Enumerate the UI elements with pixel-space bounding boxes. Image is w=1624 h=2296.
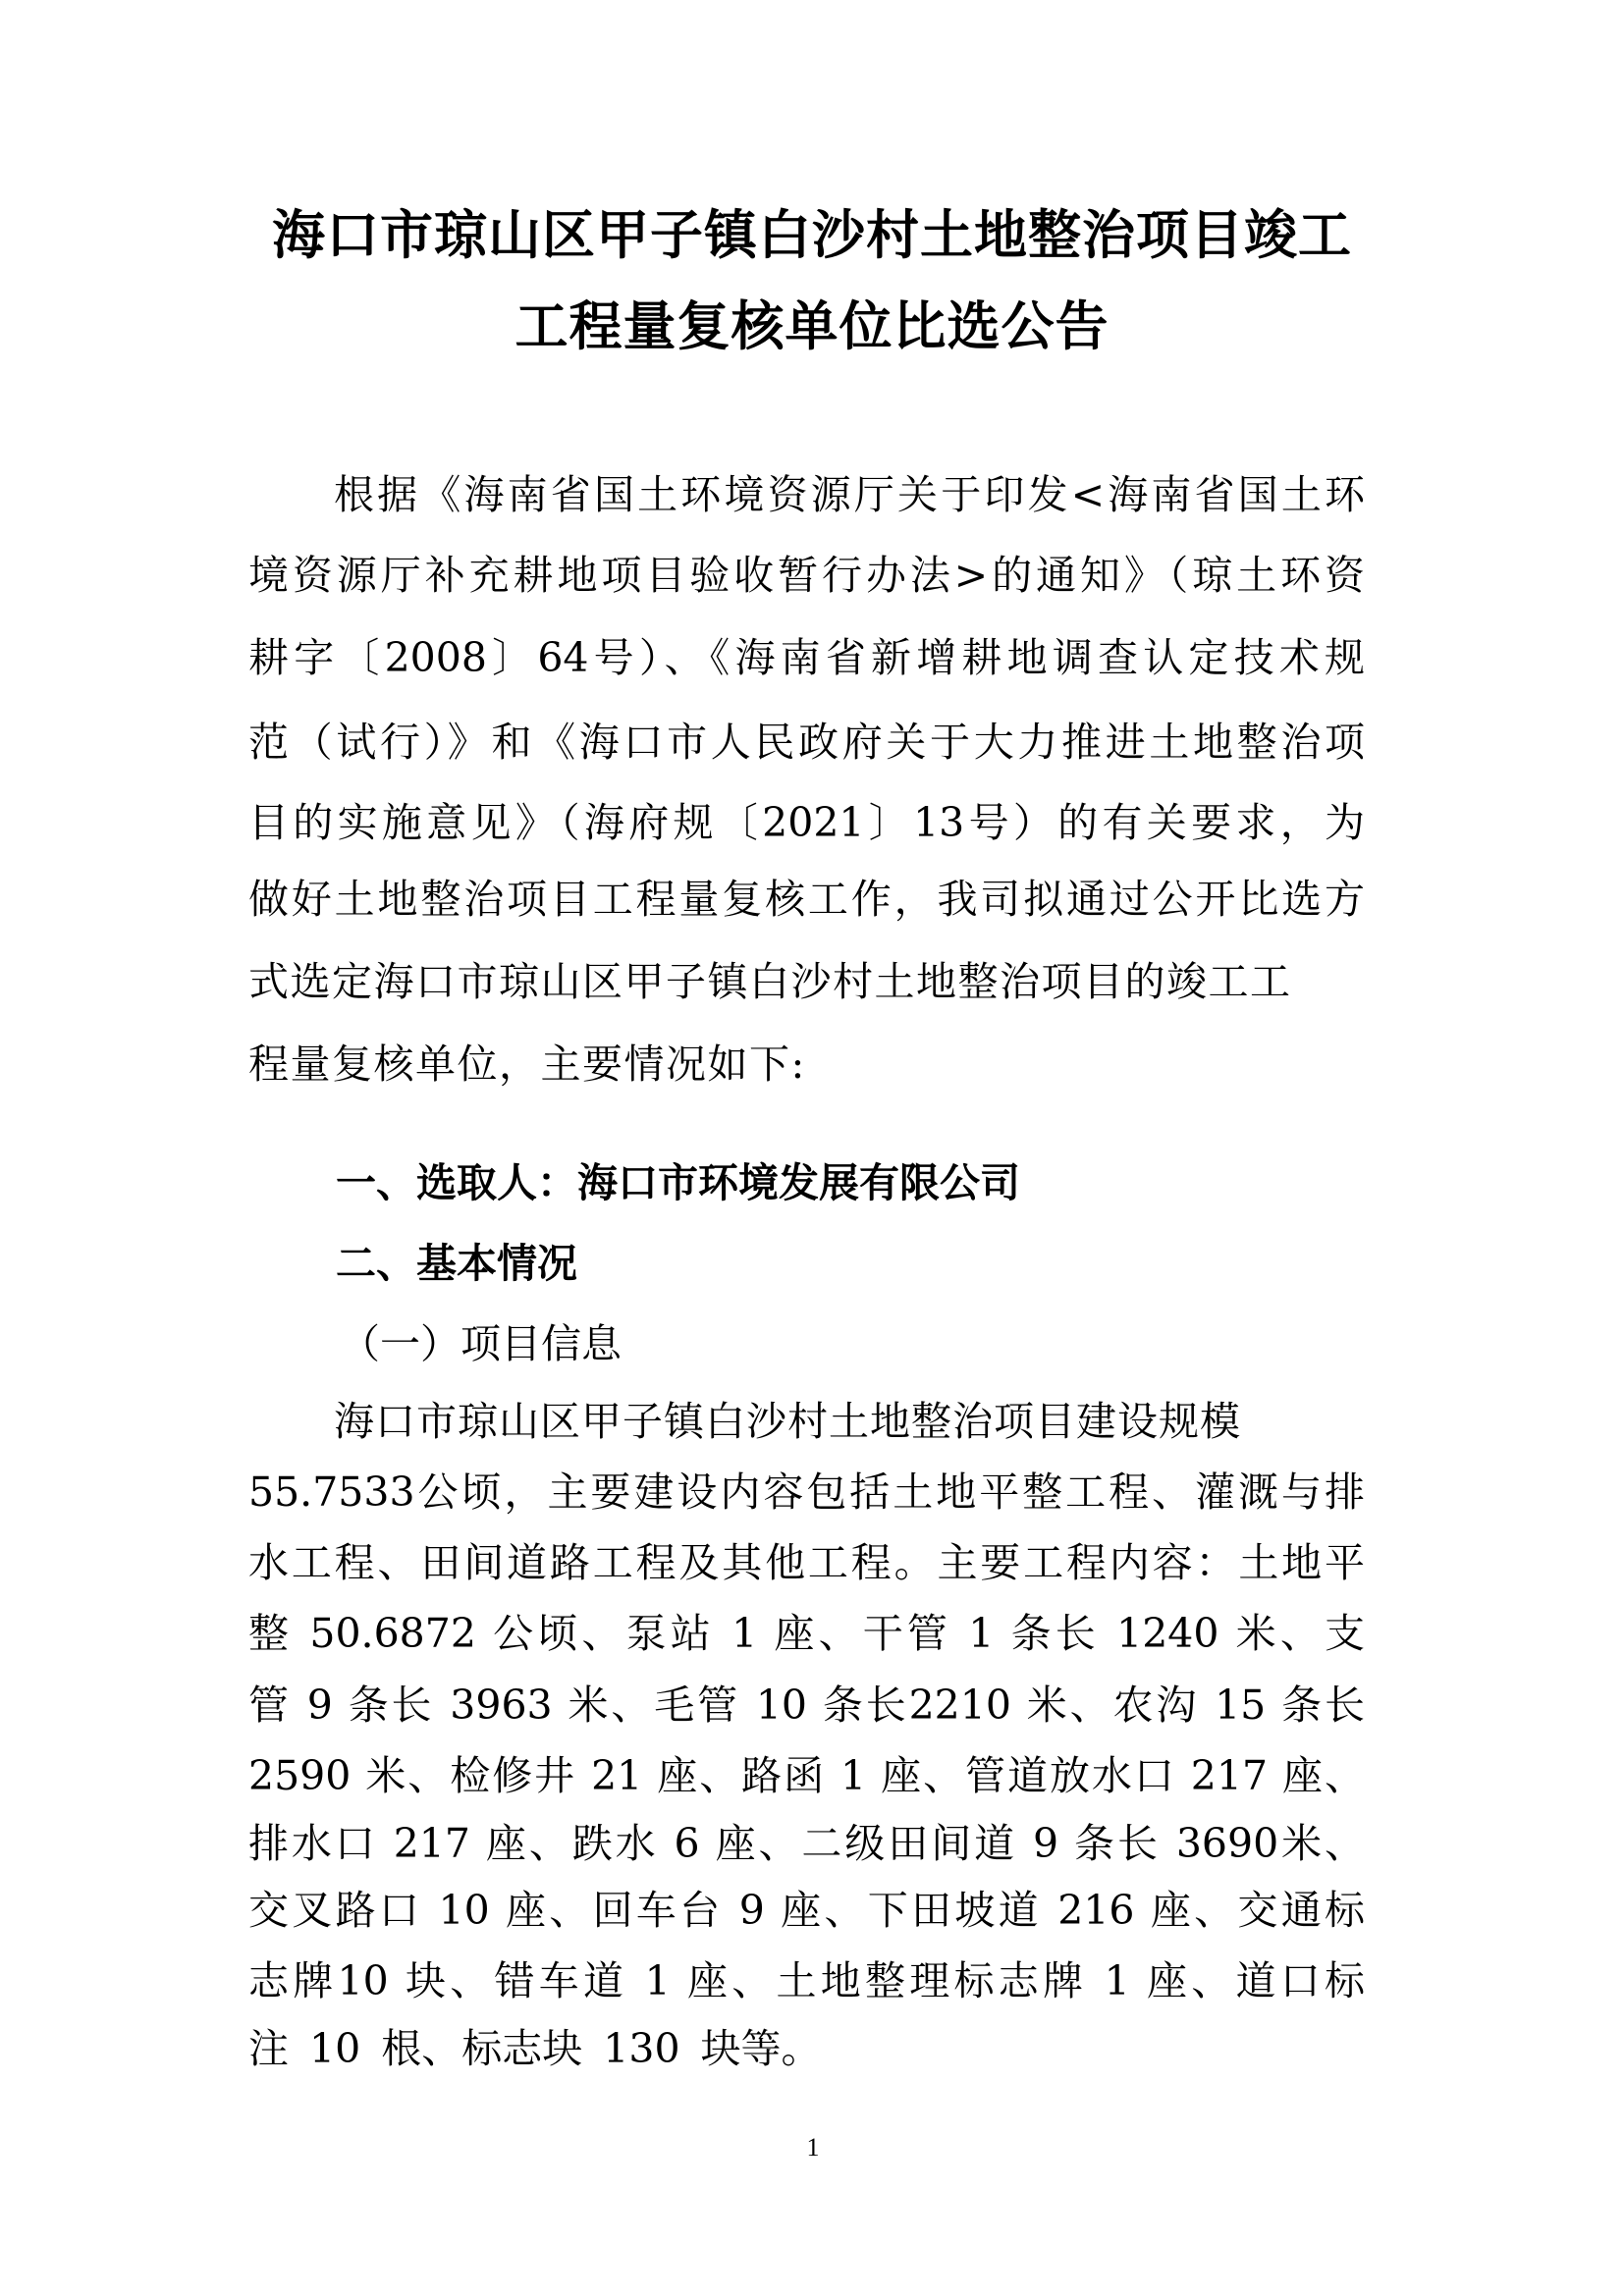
intro-line-3: 耕字〔2008〕64号）、《海南省新增耕地调查认定技术规 bbox=[248, 632, 1365, 683]
project-line-5: 管 9 条长 3963 米、毛管 10 条长2210 米、农沟 15 条长 bbox=[248, 1680, 1365, 1731]
intro-line-7: 式选定海口市琼山区甲子镇白沙村土地整治项目的竣工工 bbox=[248, 956, 1365, 1007]
section-1-heading: 一、选取人：海口市环境发展有限公司 bbox=[336, 1157, 1365, 1208]
intro-line-6: 做好土地整治项目工程量复核工作，我司拟通过公开比选方 bbox=[248, 874, 1365, 925]
document-page: 海口市琼山区甲子镇白沙村土地整治项目竣工 工程量复核单位比选公告 根据《海南省国… bbox=[0, 0, 1624, 2296]
project-line-8: 交叉路口 10 座、回车台 9 座、下田坡道 216 座、交通标 bbox=[248, 1885, 1365, 1936]
document-title-line-1: 海口市琼山区甲子镇白沙村土地整治项目竣工 bbox=[255, 204, 1369, 267]
intro-line-8: 程量复核单位，主要情况如下: bbox=[248, 1039, 1365, 1090]
section-2-heading: 二、基本情况 bbox=[336, 1238, 1365, 1289]
intro-line-2: 境资源厅补充耕地项目验收暂行办法>的通知》（琼土环资 bbox=[248, 550, 1365, 601]
intro-line-5: 目的实施意见》（海府规〔2021〕13号）的有关要求，为 bbox=[248, 797, 1365, 848]
project-line-4: 整 50.6872 公顷、泵站 1 座、干管 1 条长 1240 米、支 bbox=[248, 1608, 1365, 1659]
subsection-1-heading: （一）项目信息 bbox=[340, 1318, 1365, 1369]
intro-line-1: 根据《海南省国土环境资源厅关于印发<海南省国土环 bbox=[334, 469, 1365, 520]
project-line-7: 排水口 217 座、跌水 6 座、二级田间道 9 条长 3690米、 bbox=[248, 1818, 1365, 1869]
page-number: 1 bbox=[785, 2132, 840, 2163]
project-line-2: 55.7533公顷，主要建设内容包括土地平整工程、灌溉与排 bbox=[248, 1467, 1365, 1518]
project-line-3: 水工程、田间道路工程及其他工程。主要工程内容：土地平 bbox=[248, 1537, 1365, 1588]
document-title-line-2: 工程量复核单位比选公告 bbox=[255, 295, 1369, 358]
project-line-9: 志牌10 块、错车道 1 座、土地整理标志牌 1 座、道口标 bbox=[248, 1955, 1365, 2006]
project-line-6: 2590 米、检修井 21 座、路函 1 座、管道放水口 217 座、 bbox=[248, 1750, 1365, 1801]
project-line-1: 海口市琼山区甲子镇白沙村土地整治项目建设规模 bbox=[334, 1396, 1365, 1447]
intro-line-4: 范（试行）》和《海口市人民政府关于大力推进土地整治项 bbox=[248, 717, 1365, 768]
project-line-10: 注 10 根、标志块 130 块等。 bbox=[248, 2023, 1365, 2074]
